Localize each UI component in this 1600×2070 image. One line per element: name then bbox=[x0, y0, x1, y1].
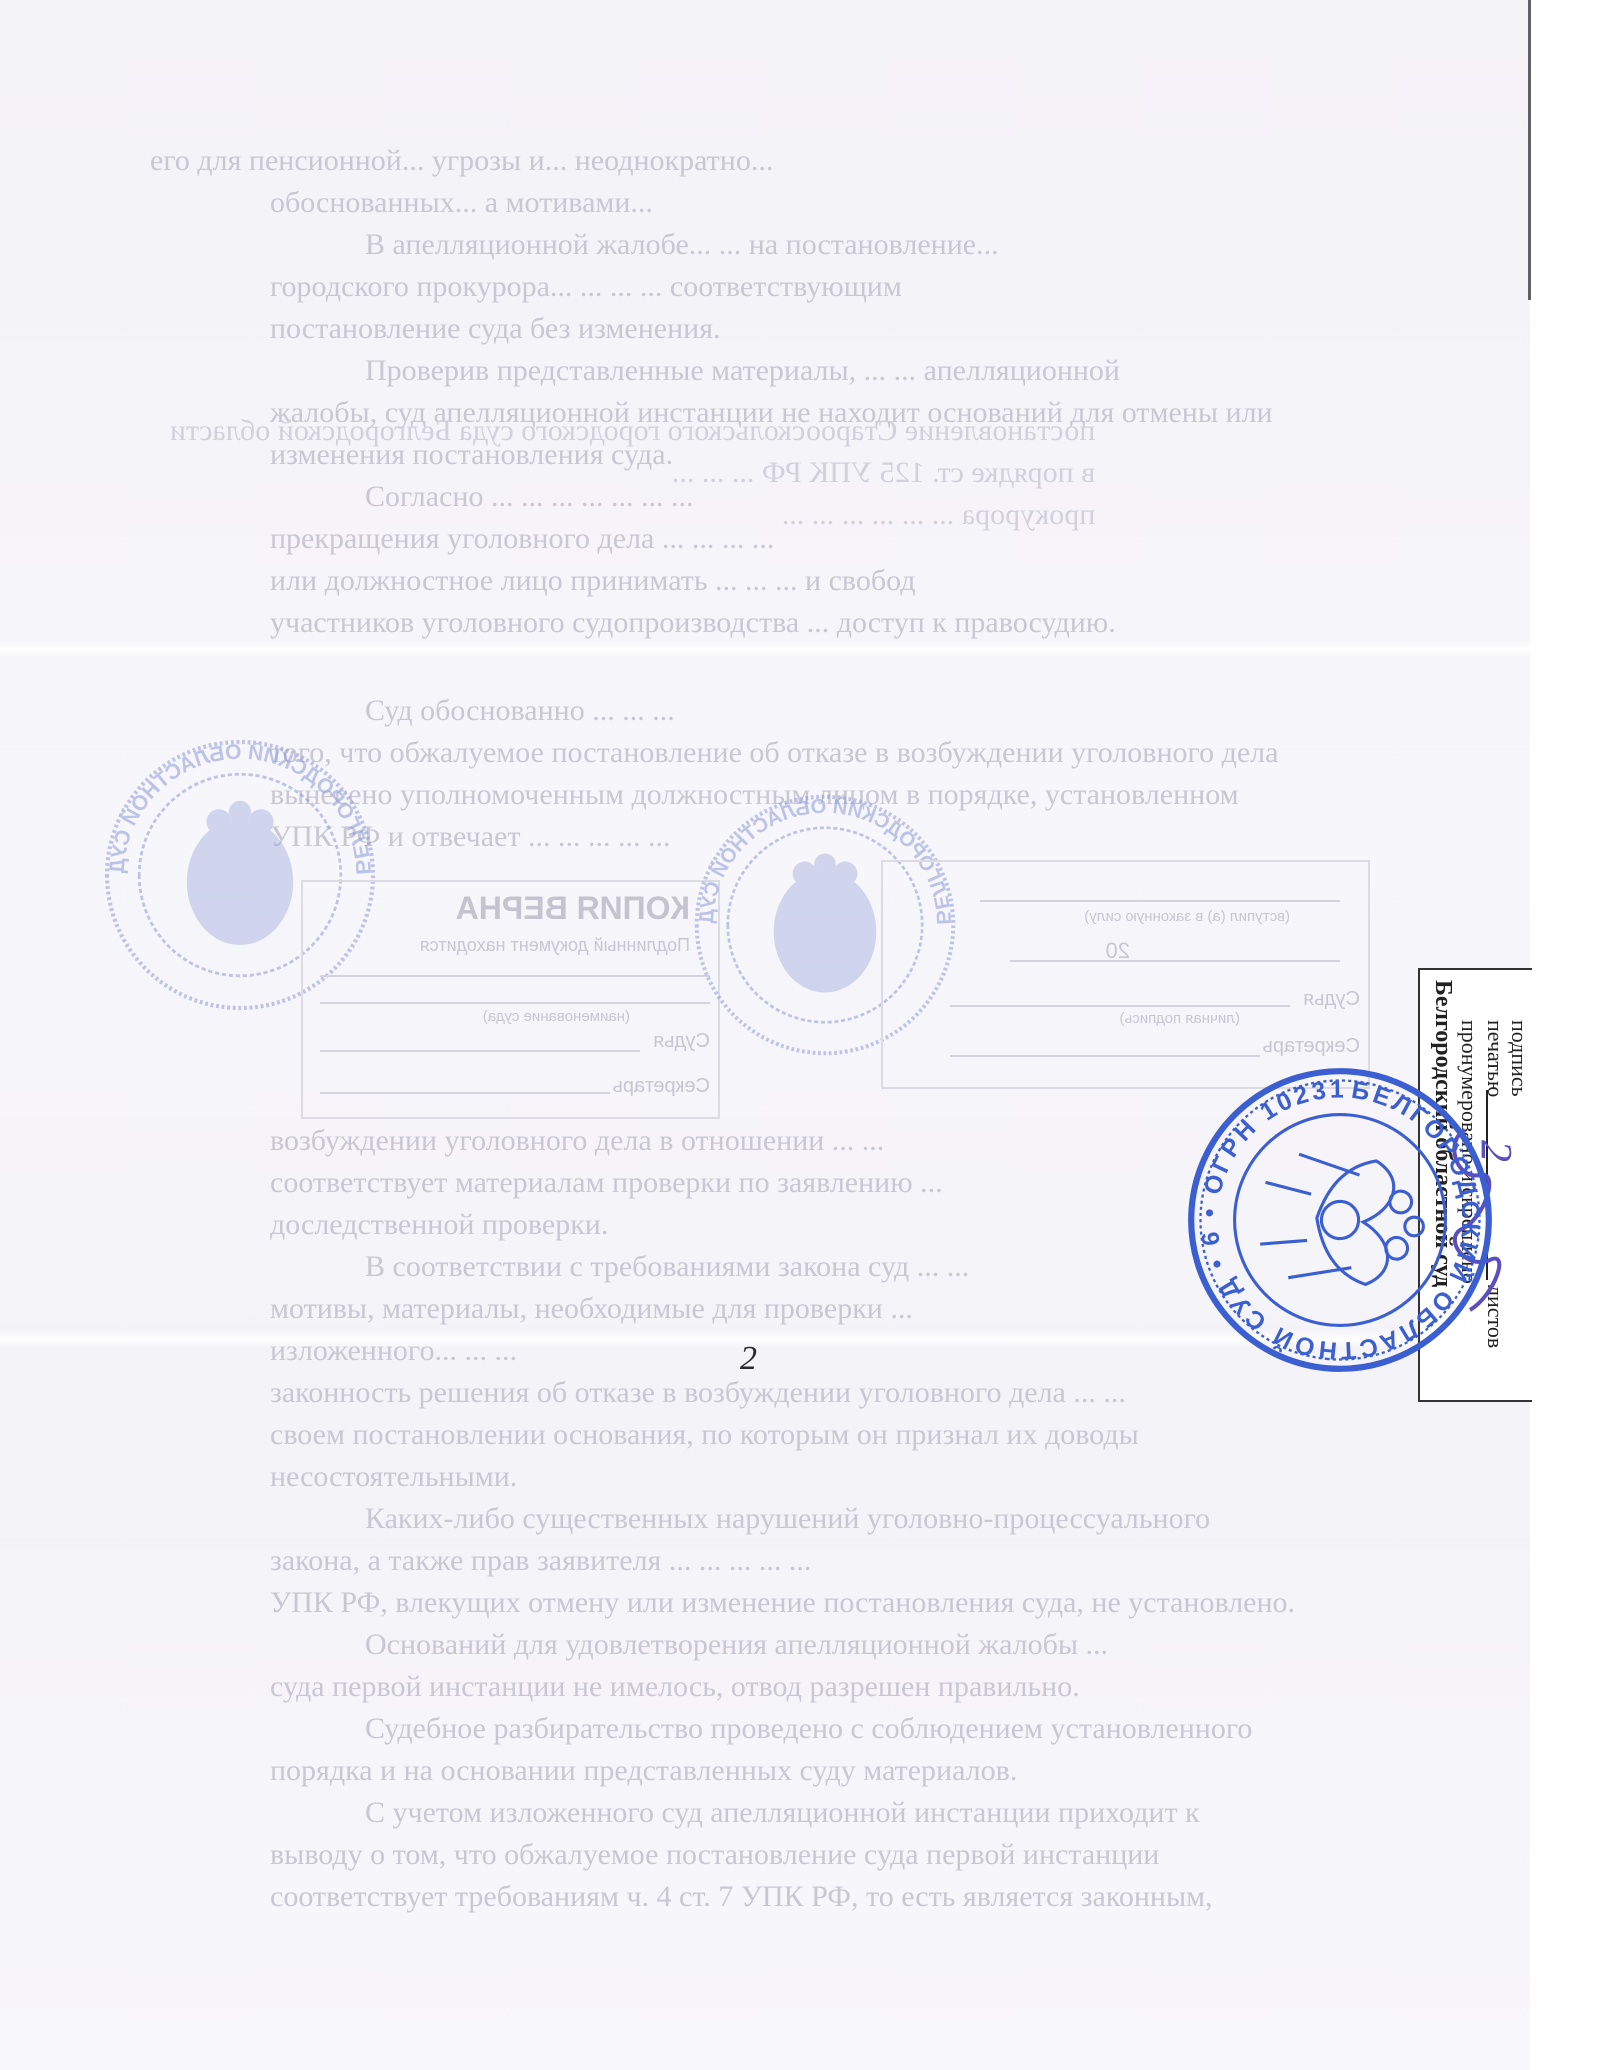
page-edge-shadow bbox=[1528, 0, 1531, 300]
text-line: постановление суда без изменения. bbox=[270, 308, 1470, 350]
text-line: С учетом изложенного суд апелляционной и… bbox=[270, 1792, 1470, 1834]
fold-crease bbox=[0, 640, 1530, 658]
form-line bbox=[320, 975, 710, 977]
page-number: 2 bbox=[740, 1340, 757, 1378]
text-line: закона, а также прав заявителя ... ... .… bbox=[270, 1540, 1470, 1582]
bleed-line: в порядке ст. 125 УПК РФ ... ... ... bbox=[170, 452, 1095, 494]
form-label: (вступил (а) в законную силу) bbox=[1084, 908, 1290, 925]
form-label: Секретарь bbox=[613, 1075, 711, 1098]
text-line: несостоятельными. bbox=[270, 1456, 1470, 1498]
text-line: Проверив представленные материалы, ... .… bbox=[270, 350, 1470, 392]
text-line: его для пенсионной... угрозы и... неодно… bbox=[150, 140, 1470, 182]
form-line bbox=[320, 1092, 610, 1094]
text-line: или должностное лицо принимать ... ... .… bbox=[270, 560, 1470, 602]
form-line bbox=[320, 1050, 640, 1052]
form-line bbox=[1010, 960, 1340, 962]
text-line: Суд обоснованно ... ... ... bbox=[270, 690, 1470, 732]
bleed-line: постановление Старооскольского городског… bbox=[170, 410, 1095, 452]
text-line: Оснований для удовлетворения апелляционн… bbox=[270, 1624, 1470, 1666]
form-line bbox=[320, 1002, 710, 1004]
bleed-through-copy-stamp: КОПИЯ ВЕРНА Подлинный документ находится… bbox=[300, 880, 720, 1120]
court-seal: БЕЛГОРОДСКИЙ ОБЛАСТНОЙ СУД • 6 • ОГРН 10… bbox=[1185, 1065, 1495, 1375]
bleed-through-heading: постановление Старооскольского городског… bbox=[170, 410, 1095, 536]
text-line: В апелляционной жалобе... ... на постано… bbox=[270, 224, 1470, 266]
text-line: Судебное разбирательство проведено с соб… bbox=[270, 1708, 1470, 1750]
text-line: обоснованных... а мотивами... bbox=[270, 182, 1470, 224]
svg-text:БЕЛГОРОДСКИЙ ОБЛАСТНОЙ СУД • 6: БЕЛГОРОДСКИЙ ОБЛАСТНОЙ СУД • 6 • ОГРН 10… bbox=[1184, 1052, 1507, 1378]
bleed-through-right-form: (вступил (а) в законную силу) 20 Судья (… bbox=[880, 860, 1370, 1090]
text-line: выводу о том, что обжалуемое постановлен… bbox=[270, 1834, 1470, 1876]
copy-stamp-title: КОПИЯ ВЕРНА bbox=[456, 890, 690, 927]
form-line bbox=[980, 900, 1340, 902]
bleed-line: прокурора ... ... ... ... ... ... bbox=[170, 494, 1095, 536]
text-line: своем постановлении основания, по которы… bbox=[270, 1414, 1470, 1456]
text-line: Каких-либо существенных нарушений уголов… bbox=[270, 1498, 1470, 1540]
cert-signature-label: подпись bbox=[1506, 1020, 1532, 1097]
text-line: участников уголовного судопроизводства .… bbox=[270, 602, 1470, 644]
form-label: (наименование суда) bbox=[483, 1008, 630, 1025]
form-label: Судья bbox=[1303, 988, 1360, 1011]
text-line: суда первой инстанции не имелось, отвод … bbox=[270, 1666, 1470, 1708]
form-label: Секретарь bbox=[1263, 1035, 1361, 1058]
text-line: законность решения об отказе в возбужден… bbox=[270, 1372, 1470, 1414]
text-line: соответствует требованиям ч. 4 ст. 7 УПК… bbox=[270, 1876, 1470, 1918]
body-text-top: его для пенсионной... угрозы и... неодно… bbox=[270, 140, 1470, 644]
text-line: городского прокурора... ... ... ... соот… bbox=[270, 266, 1470, 308]
text-line: того, что обжалуемое постановление об от… bbox=[270, 732, 1470, 774]
form-label: (личная подпись) bbox=[1119, 1010, 1240, 1027]
form-line bbox=[950, 1005, 1290, 1007]
copy-stamp-subtitle: Подлинный документ находится bbox=[420, 935, 690, 956]
text-line: порядка и на основании представленных су… bbox=[270, 1750, 1470, 1792]
text-line: УПК РФ, влекущих отмену или изменение по… bbox=[270, 1582, 1470, 1624]
